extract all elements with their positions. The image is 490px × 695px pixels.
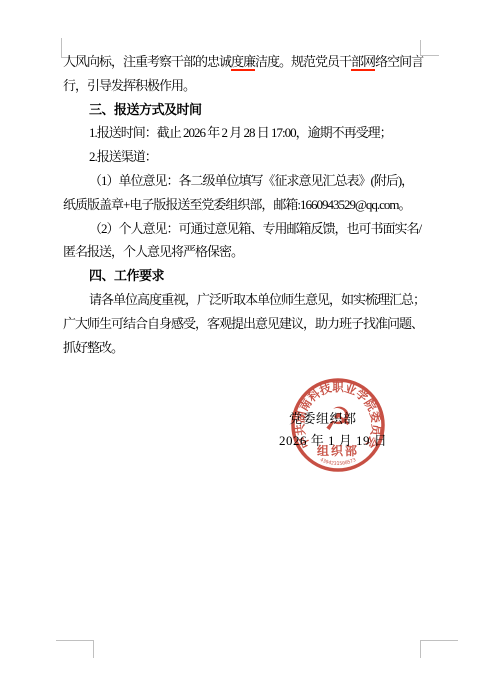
text-line[interactable]: 匿名报送，个人意见将严格保密。 xyxy=(63,240,425,264)
spellcheck-underline: 度廉 xyxy=(231,54,255,71)
text-segment: 抓好整改。 xyxy=(63,340,123,355)
heading-line[interactable]: 三、报送方式及时间 xyxy=(63,98,425,122)
text-segment: 请各单位高度重视，广泛听取本单位师生意见，如实梳理汇总； xyxy=(89,292,425,307)
text-segment: 三、报送方式及时间 xyxy=(89,102,202,117)
seal-code-text: 4304231500573 xyxy=(319,457,357,467)
text-segment: 络空间言 xyxy=(375,54,423,69)
text-line[interactable]: 1.报送时间：截止 2026 年 2 月 28 日 17:00，逾期不再受理； xyxy=(63,121,425,145)
text-segment: 广大师生可结合自身感受，客观提出意见建议，助力班子找准问题、 xyxy=(63,316,423,331)
text-segment: 四、工作要求 xyxy=(89,268,164,283)
document-lines: 人风向标，注重考察干部的忠诚度廉洁度。规范党员干部网络空间言行，引导发挥积极作用… xyxy=(63,50,425,359)
text-line[interactable]: 人风向标，注重考察干部的忠诚度廉洁度。规范党员干部网络空间言 xyxy=(63,50,425,74)
text-line[interactable]: 行，引导发挥积极作用。 xyxy=(63,74,425,98)
text-line[interactable]: 纸质版盖章+电子版报送至党委组织部，邮箱:1660943529@qq.com。 xyxy=(63,193,425,217)
heading-line[interactable]: 四、工作要求 xyxy=(63,264,425,288)
text-segment: 1.报送时间：截止 2026 年 2 月 28 日 17:00，逾期不再受理； xyxy=(89,125,392,140)
text-segment: 洁度。规范党员干 xyxy=(255,54,351,69)
text-segment: 人风向标，注重考察干部的忠诚 xyxy=(63,54,231,69)
text-line[interactable]: （2）个人意见：可通过意见箱、专用邮箱反馈，也可书面实名/ xyxy=(63,217,425,241)
text-boundary-mark-bottom-left xyxy=(56,640,94,658)
text-line[interactable]: 抓好整改。 xyxy=(63,336,425,360)
text-segment: 2.报送渠道： xyxy=(89,149,157,164)
signature-department[interactable]: 党委组织部 xyxy=(289,411,357,426)
spellcheck-underline: 部网 xyxy=(351,54,375,71)
document-page: 人风向标，注重考察干部的忠诚度廉洁度。规范党员干部网络空间言行，引导发挥积极作用… xyxy=(0,0,490,695)
text-segment: （2）个人意见：可通过意见箱、专用邮箱反馈，也可书面实名/ xyxy=(89,221,421,236)
signature-date[interactable]: 2026 年 1 月 19 日 xyxy=(279,433,387,448)
text-segment: 匿名报送，个人意见将严格保密。 xyxy=(63,244,243,259)
text-line[interactable]: （1）单位意见：各二级单位填写《征求意见汇总表》(附后)， xyxy=(63,169,425,193)
text-line[interactable]: 请各单位高度重视，广泛听取本单位师生意见，如实梳理汇总； xyxy=(63,288,425,312)
text-segment: （1）单位意见：各二级单位填写《征求意见汇总表》(附后)， xyxy=(89,173,413,188)
text-line[interactable]: 2.报送渠道： xyxy=(63,145,425,169)
text-segment: 纸质版盖章+电子版报送至党委组织部，邮箱:1660943529@qq.com。 xyxy=(63,197,411,212)
text-segment: 行，引导发挥积极作用。 xyxy=(63,78,195,93)
text-boundary-mark-bottom-right xyxy=(420,640,458,658)
text-line[interactable]: 广大师生可结合自身感受，客观提出意见建议，助力班子找准问题、 xyxy=(63,312,425,336)
